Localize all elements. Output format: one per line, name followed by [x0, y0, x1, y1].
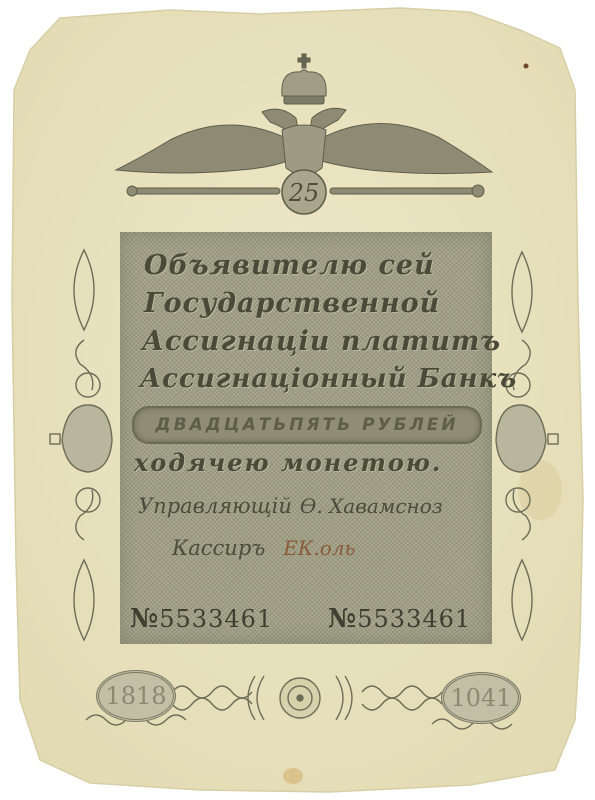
denomination-words: ДВАДЦАТЬПЯТЬ РУБЛЕЙ: [155, 415, 458, 435]
text-line-4: Ассигнаціонный Банкъ: [140, 364, 512, 394]
text-line-5: ходячею монетою.: [134, 448, 506, 477]
manager-signature: Ѳ. Хавамсноз: [300, 494, 443, 518]
serial-value: 5533461: [159, 605, 273, 633]
cashier-label: Кассиръ: [172, 536, 265, 560]
text-line-2: Государственной: [144, 288, 516, 319]
year-oval-left: 1818: [96, 670, 176, 722]
cashier-signature: ЕК.оль: [283, 536, 355, 560]
text-panel: Объявителю сей Государственной Ассигнаці…: [120, 232, 492, 644]
cashier-signature-line: КассиръЕК.оль: [172, 536, 355, 560]
text-line-1: Объявителю сей: [144, 250, 516, 281]
manager-signature-line: УправляющійѲ. Хавамсноз: [138, 494, 443, 518]
number-oval-right: 1041: [441, 672, 521, 724]
year-text: 1818: [105, 682, 166, 710]
serial-prefix: №: [328, 604, 357, 634]
serial-value: 5533461: [357, 605, 471, 633]
oval-number-text: 1041: [450, 684, 511, 712]
serial-prefix: №: [130, 604, 159, 634]
text-line-3: Ассигнаціи платитъ: [142, 326, 514, 357]
serial-number-right: №5533461: [328, 604, 471, 634]
denomination-numeral: 25: [288, 179, 320, 207]
manager-label: Управляющій: [138, 494, 292, 518]
serial-number-left: №5533461: [130, 604, 273, 634]
denomination-band: ДВАДЦАТЬПЯТЬ РУБЛЕЙ: [132, 406, 482, 444]
